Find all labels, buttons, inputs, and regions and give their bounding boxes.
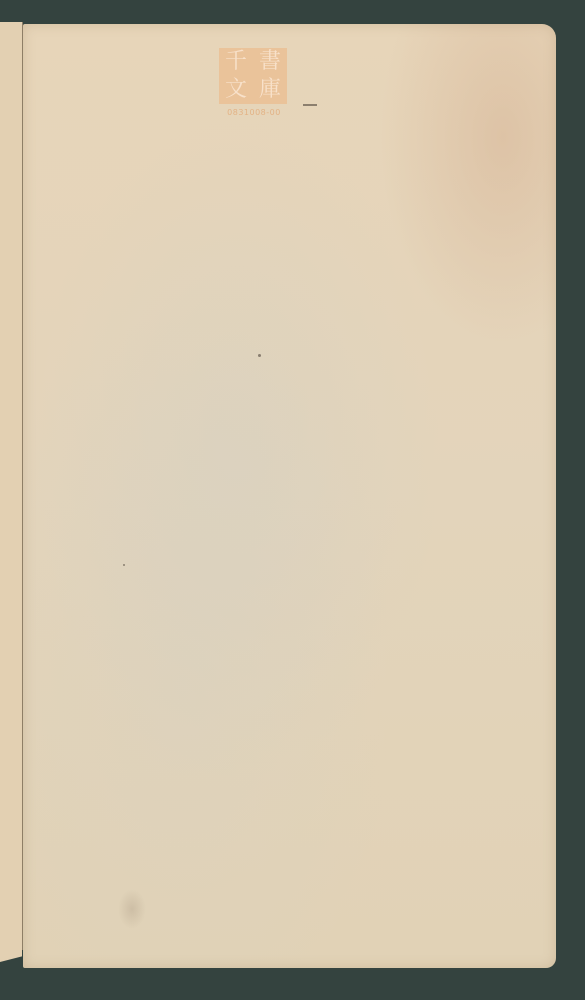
paper-speck <box>258 354 261 357</box>
ink-mark <box>303 104 317 106</box>
seal-code-text: 0831008-00 <box>216 108 292 117</box>
seal-char-2: 書 <box>259 51 281 73</box>
paper-speck <box>123 564 125 566</box>
seal-char-1: 千 <box>225 51 247 73</box>
seal-char-3: 文 <box>225 79 247 101</box>
paper-stain <box>118 889 146 929</box>
library-seal-stamp: 千 書 文 庫 <box>219 48 287 104</box>
seal-char-4: 庫 <box>259 79 281 101</box>
scanned-page-view: 千 書 文 庫 0831008-00 <box>0 0 585 1000</box>
blank-book-page: 千 書 文 庫 0831008-00 <box>23 24 556 968</box>
facing-page-edge <box>0 22 23 950</box>
